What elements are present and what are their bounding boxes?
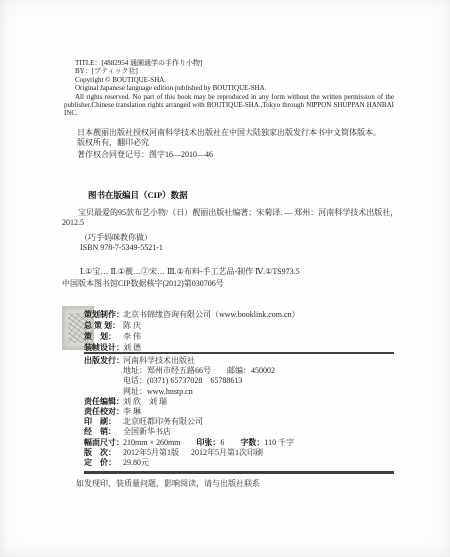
proofreader-label: 责任校对： [84,407,123,417]
cip-classification-line: Ⅰ.①宝… Ⅱ.①靓…②宋… Ⅲ.①布料-手工艺品-制作 Ⅳ.①TS973.5 [62,267,402,277]
copyright-line: Copyright © BOUTIQUE-SHA. [75,76,394,84]
postcode-label: 邮编： [227,366,251,375]
designer-name: 刘 德 [123,343,141,352]
chief-planner-label: 总 策 划： [84,320,123,331]
publisher-name: 河南科学技术出版社 [123,356,195,365]
format-row: 幅面尺寸：210mm × 260mm印张：6字数：110 千字 [84,438,398,448]
planning-row: 策划制作：北京书锦缘咨询有限公司（www.booklink.com.cn） [84,309,396,320]
sheets-value: 6 [220,438,224,447]
edition-value: 2012年5月第1版 [123,448,179,457]
printing-run-value: 2012年5月第1次印刷 [191,448,263,457]
divider-line-bottom [84,471,394,474]
printer-label: 印 刷： [84,417,123,427]
cip-registry-line: 中国版本图书馆CIP数据核字(2012)第030706号 [62,279,402,289]
address-label: 地址： [123,366,147,375]
rights-statement: All rights reserved. No part of this boo… [64,93,394,118]
distributor-label: 经 销： [84,427,123,437]
cip-isbn-line: ISBN 978-7-5349-5521-1 [62,243,402,253]
contract-registry-line: 著作权合同登记号：图字16—2010—46 [77,150,398,160]
editor-row: 责任编辑：刘 欣 刘 瑞 [84,397,398,407]
price-row: 定 价：29.80元 [84,458,398,468]
word-count-value: 110 千字 [264,438,294,447]
chief-planner-row: 总 策 划：陈 庆 [84,320,396,331]
phone-value: (0371) 65737028 65788613 [147,376,242,385]
publisher-label: 出版发行： [84,356,123,366]
phone-row: 电话：(0371) 65737028 65788613 [84,376,398,386]
cip-data-block: 宝贝最爱的95款布艺小物/（日）靓丽出版社编著；宋菊译. — 郑州：河南科学技术… [62,208,402,289]
chief-planner-name: 陈 庆 [123,321,141,330]
publisher-row: 出版发行：河南科学技术出版社 [84,356,398,366]
piracy-warning-line: 版权所有，翻印必究 [77,138,398,148]
cip-data-header: 图书在版编目（CIP）数据 [88,189,188,201]
format-value: 210mm × 260mm [123,438,180,447]
authorization-block: 日本靓丽出版社授权河南科学技术出版社在中国大陆独家出版发行本书中文简体版本。 版… [64,128,398,159]
colophon-block: 出版发行：河南科学技术出版社 地址：郑州市经五路66号邮编：450002 电话：… [84,356,398,468]
address-value: 郑州市经五路66号 [147,366,211,375]
original-edition-line: Original Japanese language edition publi… [75,84,394,92]
cip-series-line: （巧手妈咪教你做） [62,233,402,243]
address-row: 地址：郑州市经五路66号邮编：450002 [84,366,398,376]
price-value: 29.80元 [123,458,149,467]
quality-note: 如发现印、装质量问题，影响阅读，请与出版社联系 [76,478,260,489]
planner-row: 策 划：李 伟 [84,331,396,342]
website-row: 网址：www.hnstp.cn [84,387,398,397]
planning-company: 北京书锦缘咨询有限公司（www.booklink.com.cn） [123,310,300,319]
original-author-line: BY：[ブティック社] [75,67,394,75]
website-label: 网址： [123,387,147,396]
proofreader-name: 李 琳 [123,407,141,416]
proofreader-row: 责任校对：李 琳 [84,407,398,417]
phone-label: 电话： [123,376,147,385]
website-value: www.hnstp.cn [147,387,193,396]
planner-label: 策 划： [84,331,123,342]
sheets-label: 印张： [196,438,220,447]
edition-row: 版 次：2012年5月第1版2012年5月第1次印刷 [84,448,398,458]
planning-label: 策划制作： [84,309,123,320]
editor-names: 刘 欣 刘 瑞 [123,397,167,406]
editor-label: 责任编辑： [84,397,123,407]
printer-row: 印 刷：北京旺都印务有限公司 [84,417,398,427]
price-label: 定 价： [84,458,123,468]
exclusive-license-line: 日本靓丽出版社授权河南科学技术出版社在中国大陆独家出版发行本书中文简体版本。 [77,128,398,138]
english-copyright-block: TITLE：[4882954 通園通学の手作り小物] BY：[ブティック社] C… [64,59,394,118]
cip-description-line1: 宝贝最爱的95款布艺小物/（日）靓丽出版社编著；宋菊译. — 郑州：河南科学技术… [62,208,402,218]
book-copyright-page: TITLE：[4882954 通園通学の手作り小物] BY：[ブティック社] C… [0,0,450,557]
planner-name: 李 伟 [123,332,141,341]
word-count-label: 字数： [240,438,264,447]
divider-line-top [84,352,394,354]
production-credits-block: 策划制作：北京书锦缘咨询有限公司（www.booklink.com.cn） 总 … [84,309,396,353]
edition-label: 版 次： [84,448,123,458]
format-label: 幅面尺寸： [84,438,123,448]
postcode-value: 450002 [251,366,275,375]
distributor-row: 经 销：全国新华书店 [84,427,398,437]
printer-name: 北京旺都印务有限公司 [123,417,203,426]
distributor-name: 全国新华书店 [123,427,171,436]
cip-description-line2: 2012.5 [62,218,402,228]
